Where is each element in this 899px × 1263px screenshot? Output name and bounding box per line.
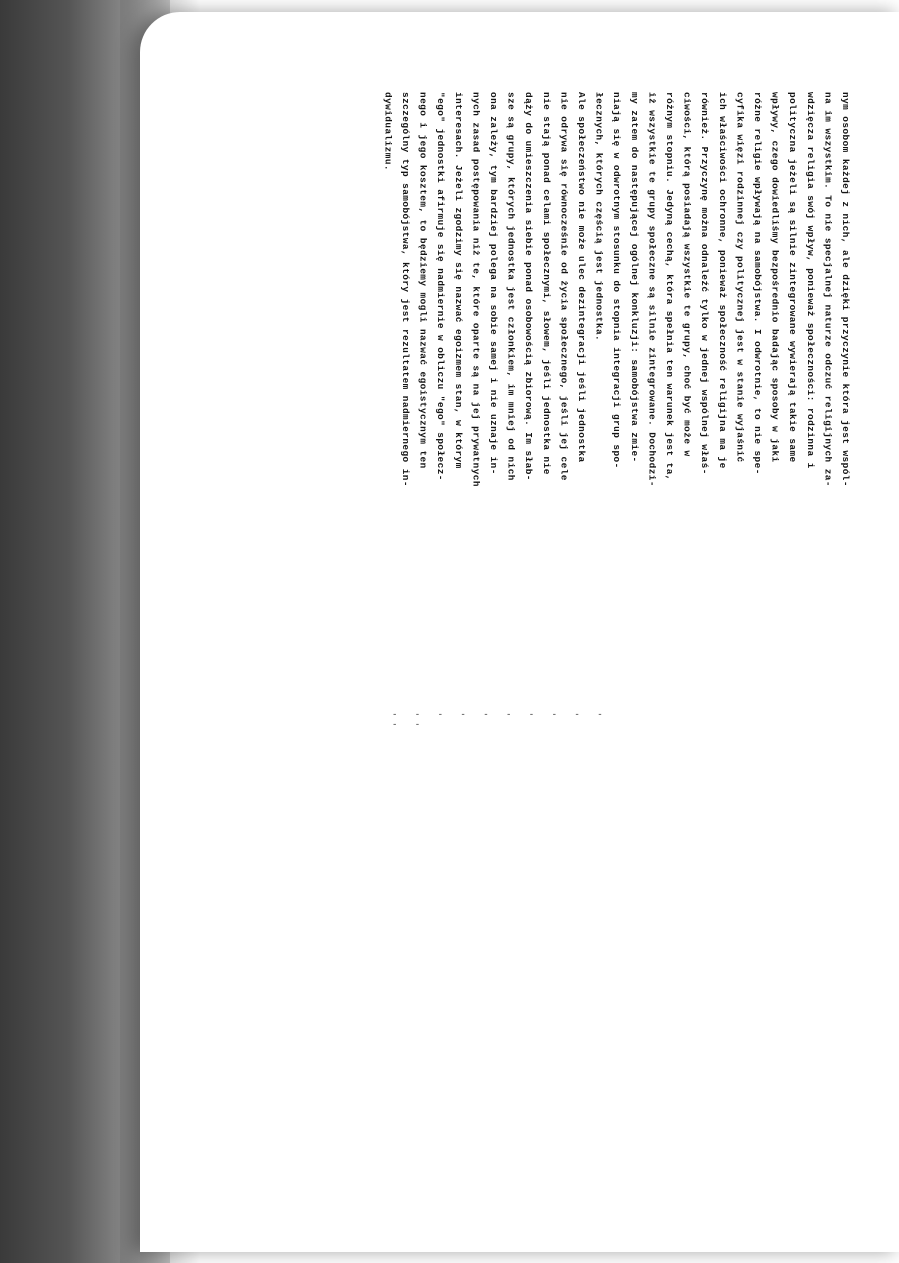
- text-line: nego i jego kosztem, to będziemy mogli n…: [418, 92, 429, 622]
- text-line: różne religie wpływają na samobójstwa. I…: [752, 92, 763, 622]
- text-line: dąży do umieszczenia siebie ponad osobow…: [523, 92, 534, 622]
- footer-marks: - - - - - - - - - - - -: [392, 710, 622, 720]
- text-line: również. Przyczynę można odnaleźć tylko …: [699, 92, 710, 622]
- text-line: niają się w odwrotnym stosunku do stopni…: [611, 92, 622, 622]
- text-line: łecznych, których częścią jest jednostka…: [594, 92, 605, 622]
- text-line: różnym stopniu. Jedyną cechą, która speł…: [664, 92, 675, 622]
- text-line: ciwości, którą posiadają wszystkie te gr…: [682, 92, 693, 622]
- text-line: nych zasad postępowania niż te, które op…: [470, 92, 481, 622]
- text-line: wdzięcza religia swój wpływ, ponieważ sp…: [805, 92, 816, 622]
- text-line: wpływy, czego dowiedliśmy bezpośrednio b…: [770, 92, 781, 622]
- text-line: nie odrywa się równocześnie od życia spo…: [558, 92, 569, 622]
- text-line: szczególny typ samobójstwa, który jest r…: [400, 92, 411, 622]
- text-line: ich właściwości ochronne, ponieważ społe…: [717, 92, 728, 622]
- text-line: sze są grupy, których jednostka jest czł…: [506, 92, 517, 622]
- typewritten-text-block: nym osobom każdej z nich, ale dzięki prz…: [372, 92, 852, 612]
- text-line: interesach. Jeżeli zgodzimy się nazwać e…: [453, 92, 464, 622]
- text-line: nym osobom każdej z nich, ale dzięki prz…: [840, 92, 851, 622]
- text-line: dywidualizmu.: [382, 92, 393, 622]
- text-line: my zatem do następującej ogólnej konkluz…: [629, 92, 640, 622]
- text-line: nie stają ponad celami społecznymi, słow…: [541, 92, 552, 622]
- text-line: na im wszystkim. To nie specjalnej natur…: [822, 92, 833, 622]
- text-line: Ale społeczeństwo nie może ulec dezinteg…: [576, 92, 587, 622]
- text-line: polityczna jeżeli są silnie zintegrowane…: [787, 92, 798, 622]
- text-line: cyfika więzi rodzinnej czy politycznej j…: [734, 92, 745, 622]
- text-line: iż wszystkie te grupy społeczne są silni…: [646, 92, 657, 622]
- text-line: ona zależy, tym bardziej polega na sobie…: [488, 92, 499, 622]
- text-line: "ego" jednostki afirmuje się nadmiernie …: [435, 92, 446, 622]
